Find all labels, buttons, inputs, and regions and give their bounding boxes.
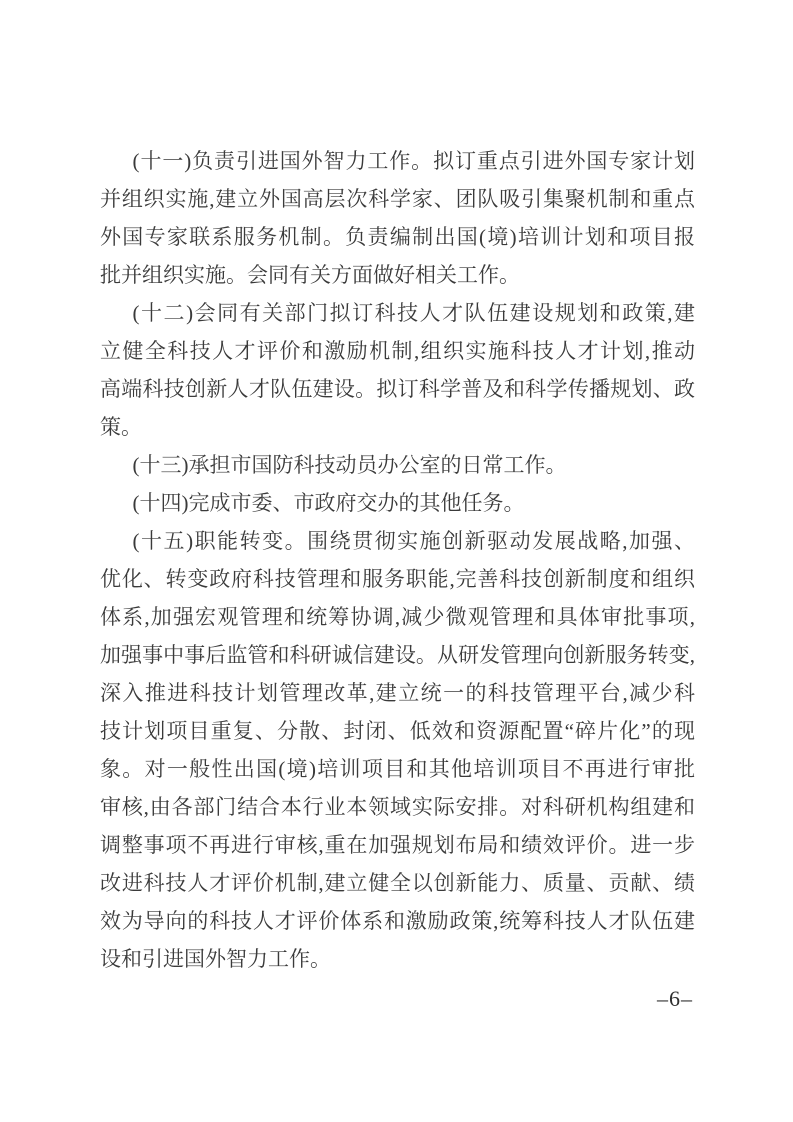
text-line: 外国专家联系服务机制。负责编制出国(境)培训计划和项目报 [100,218,695,256]
text-line: 高端科技创新人才队伍建设。拟订科学普及和科学传播规划、政 [100,370,695,408]
paragraph-item-15: (十五)职能转变。围绕贯彻实施创新驱动发展战略,加强、优化、转变政府科技管理和服… [100,522,695,978]
text-line: 策。 [100,408,695,446]
text-line: (十一)负责引进国外智力工作。拟订重点引进外国专家计划 [100,142,695,180]
page-number: –6– [657,986,693,1012]
text-line: 象。对一般性出国(境)培训项目和其他培训项目不再进行审批 [100,750,695,788]
paragraph-item-14: (十四)完成市委、市政府交办的其他任务。 [100,484,695,522]
paragraph-item-12: (十二)会同有关部门拟订科技人才队伍建设规划和政策,建立健全科技人才评价和激励机… [100,294,695,446]
text-line: 效为导向的科技人才评价体系和激励政策,统筹科技人才队伍建 [100,902,695,940]
text-line: 调整事项不再进行审核,重在加强规划布局和绩效评价。进一步 [100,826,695,864]
text-line: 设和引进国外智力工作。 [100,940,695,978]
text-line: (十四)完成市委、市政府交办的其他任务。 [100,484,695,522]
text-line: (十五)职能转变。围绕贯彻实施创新驱动发展战略,加强、 [100,522,695,560]
text-line: 体系,加强宏观管理和统筹协调,减少微观管理和具体审批事项, [100,598,695,636]
text-line: 立健全科技人才评价和激励机制,组织实施科技人才计划,推动 [100,332,695,370]
text-line: 改进科技人才评价机制,建立健全以创新能力、质量、贡献、绩 [100,864,695,902]
text-line: 审核,由各部门结合本行业本领域实际安排。对科研机构组建和 [100,788,695,826]
document-body: (十一)负责引进国外智力工作。拟订重点引进外国专家计划并组织实施,建立外国高层次… [100,142,695,978]
text-line: 优化、转变政府科技管理和服务职能,完善科技创新制度和组织 [100,560,695,598]
text-line: 并组织实施,建立外国高层次科学家、团队吸引集聚机制和重点 [100,180,695,218]
text-line: 技计划项目重复、分散、封闭、低效和资源配置“碎片化”的现 [100,712,695,750]
text-line: (十二)会同有关部门拟订科技人才队伍建设规划和政策,建 [100,294,695,332]
text-line: (十三)承担市国防科技动员办公室的日常工作。 [100,446,695,484]
text-line: 批并组织实施。会同有关方面做好相关工作。 [100,256,695,294]
paragraph-item-13: (十三)承担市国防科技动员办公室的日常工作。 [100,446,695,484]
paragraph-item-11: (十一)负责引进国外智力工作。拟订重点引进外国专家计划并组织实施,建立外国高层次… [100,142,695,294]
text-line: 深入推进科技计划管理改革,建立统一的科技管理平台,减少科 [100,674,695,712]
text-line: 加强事中事后监管和科研诚信建设。从研发管理向创新服务转变, [100,636,695,674]
document-page: (十一)负责引进国外智力工作。拟订重点引进外国专家计划并组织实施,建立外国高层次… [0,0,793,1122]
